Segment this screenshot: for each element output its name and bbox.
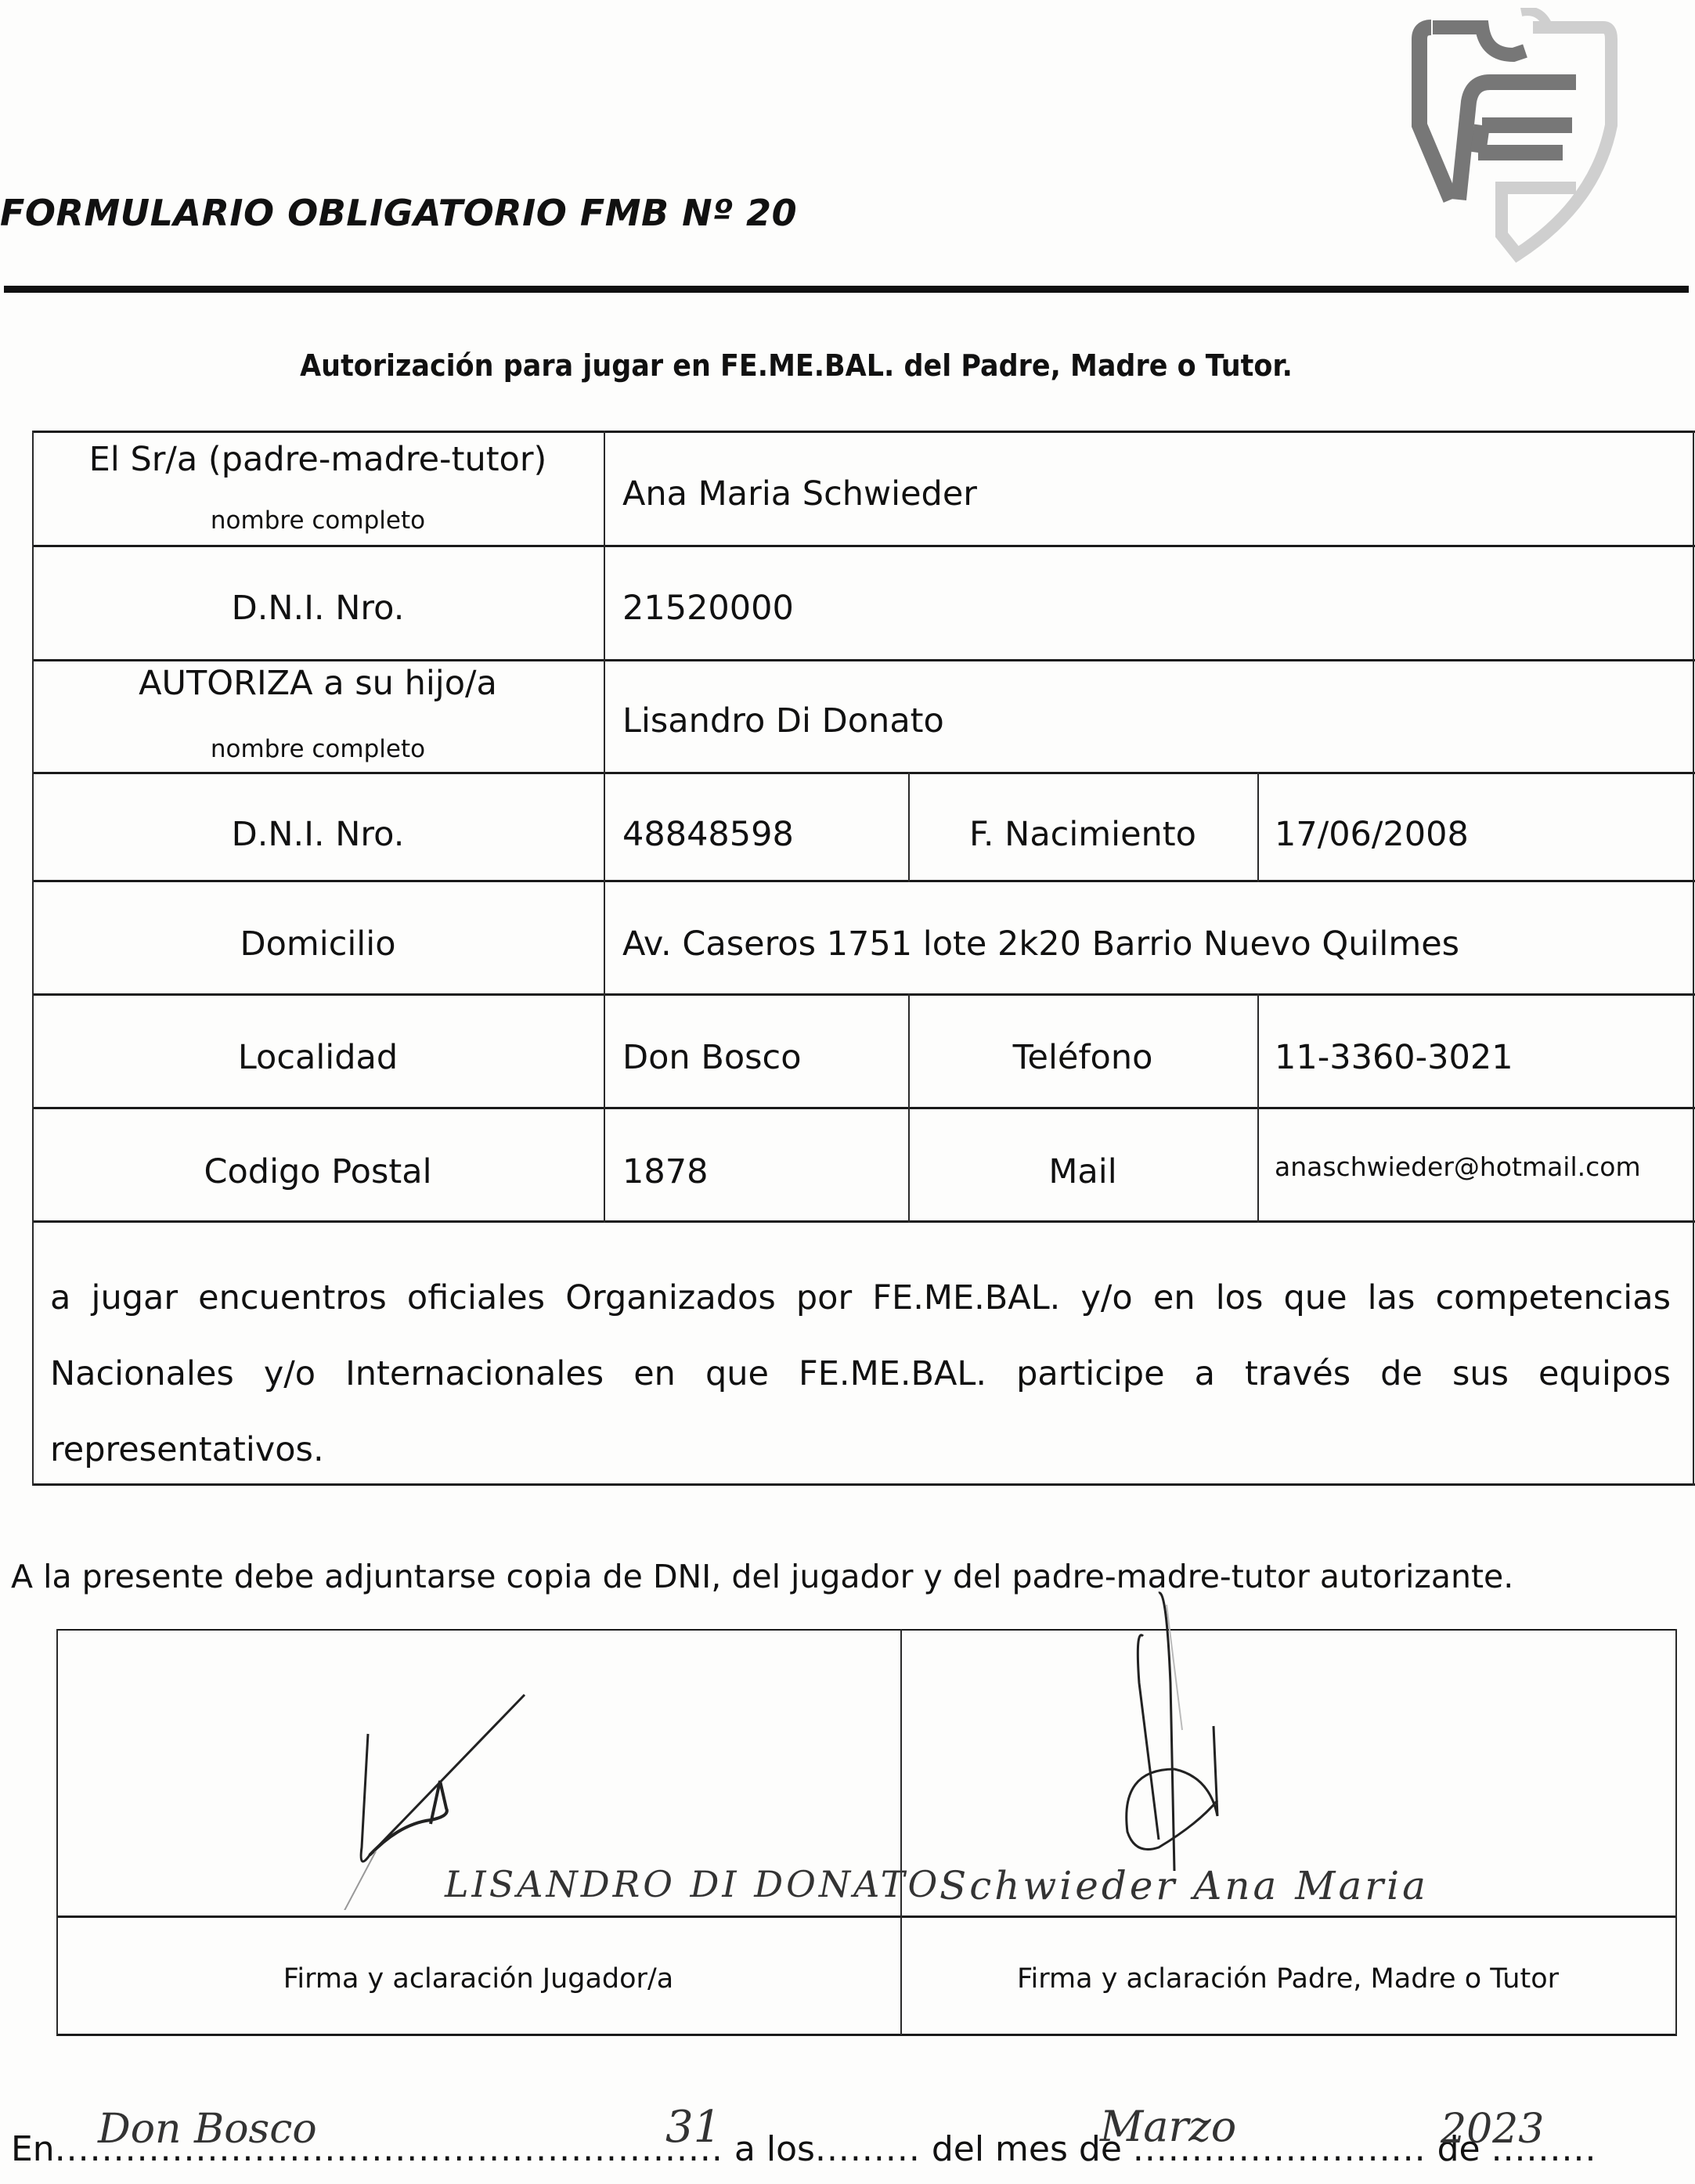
day-dotted-field[interactable]: .........	[815, 2129, 921, 2169]
mail-value: anaschwieder@hotmail.com	[1275, 1154, 1641, 1180]
child-dni-value: 48848598	[622, 818, 794, 852]
guardian-signature-drawing	[1112, 1589, 1315, 1871]
label-child-dni: D.N.I. Nro.	[32, 818, 604, 852]
section-title: Autorización para jugar en FE.ME.BAL. de…	[0, 348, 1695, 383]
femebal-shield-logo-icon	[1384, 8, 1619, 266]
place-handwritten: Don Bosco	[98, 2106, 317, 2153]
year-handwritten: 2023	[1441, 2106, 1544, 2153]
table-col-divider	[1257, 772, 1259, 882]
label-birth-date: F. Nacimiento	[908, 818, 1257, 852]
label-child-name: AUTORIZA a su hijo/a	[32, 667, 604, 701]
sig-table-border-bottom	[56, 2034, 1677, 2036]
sig-table-border-top	[56, 1629, 1677, 1631]
month-handwritten: Marzo	[1100, 2102, 1236, 2151]
section-title-text: Autorización para jugar en FE.ME.BAL. de…	[301, 348, 1293, 383]
sig-table-border-right	[1675, 1629, 1677, 2035]
form-title: FORMULARIO OBLIGATORIO FMB Nº 20	[0, 192, 797, 234]
label-postal-code: Codigo Postal	[32, 1155, 604, 1189]
sublabel-child-name: nombre completo	[32, 737, 604, 762]
phone-value: 11-3360-3021	[1275, 1041, 1513, 1075]
guardian-printed-name: Schwieder Ana Maria	[939, 1863, 1429, 1908]
table-row-divider	[32, 880, 1695, 882]
sig-table-row-divider	[56, 1916, 1677, 1918]
address-value: Av. Caseros 1751 lote 2k20 Barrio Nuevo …	[622, 928, 1459, 961]
label-mail: Mail	[908, 1155, 1257, 1189]
table-row-divider	[32, 1107, 1695, 1109]
table-col-divider	[604, 431, 605, 1223]
table-row-divider	[32, 993, 1695, 996]
authorization-text: a jugar encuentros oficiales Organizados…	[50, 1260, 1671, 1488]
a-los-label: a los	[734, 2129, 815, 2169]
day-handwritten: 31	[665, 2102, 721, 2153]
label-address: Domicilio	[32, 928, 604, 961]
birth-date-value: 17/06/2008	[1275, 818, 1469, 852]
table-row-divider	[32, 659, 1695, 661]
label-guardian-name: El Sr/a (padre-madre-tutor)	[32, 443, 604, 477]
child-name-value: Lisandro Di Donato	[622, 705, 944, 738]
locality-value: Don Bosco	[622, 1041, 802, 1075]
postal-code-value: 1878	[622, 1155, 708, 1189]
header-divider	[4, 286, 1689, 293]
table-row-divider	[32, 545, 1695, 547]
sublabel-guardian-name: nombre completo	[32, 509, 604, 533]
table-row-divider	[32, 772, 1695, 774]
label-phone: Teléfono	[908, 1041, 1257, 1075]
mes-label: del mes de	[932, 2129, 1122, 2169]
guardian-signature-caption: Firma y aclaración Padre, Madre o Tutor	[900, 1963, 1675, 1995]
label-locality: Localidad	[32, 1041, 604, 1075]
table-border-right	[1693, 431, 1694, 1486]
guardian-name-value: Ana Maria Schwieder	[622, 478, 977, 511]
label-guardian-dni: D.N.I. Nro.	[32, 592, 604, 625]
table-border-top	[32, 431, 1695, 433]
player-printed-name: LISANDRO DI DONATO	[445, 1863, 940, 1905]
guardian-dni-value: 21520000	[622, 592, 794, 625]
table-col-divider	[1257, 993, 1259, 1223]
table-row-divider	[32, 1220, 1695, 1223]
player-signature-caption: Firma y aclaración Jugador/a	[56, 1963, 900, 1995]
en-label: En	[11, 2129, 55, 2169]
